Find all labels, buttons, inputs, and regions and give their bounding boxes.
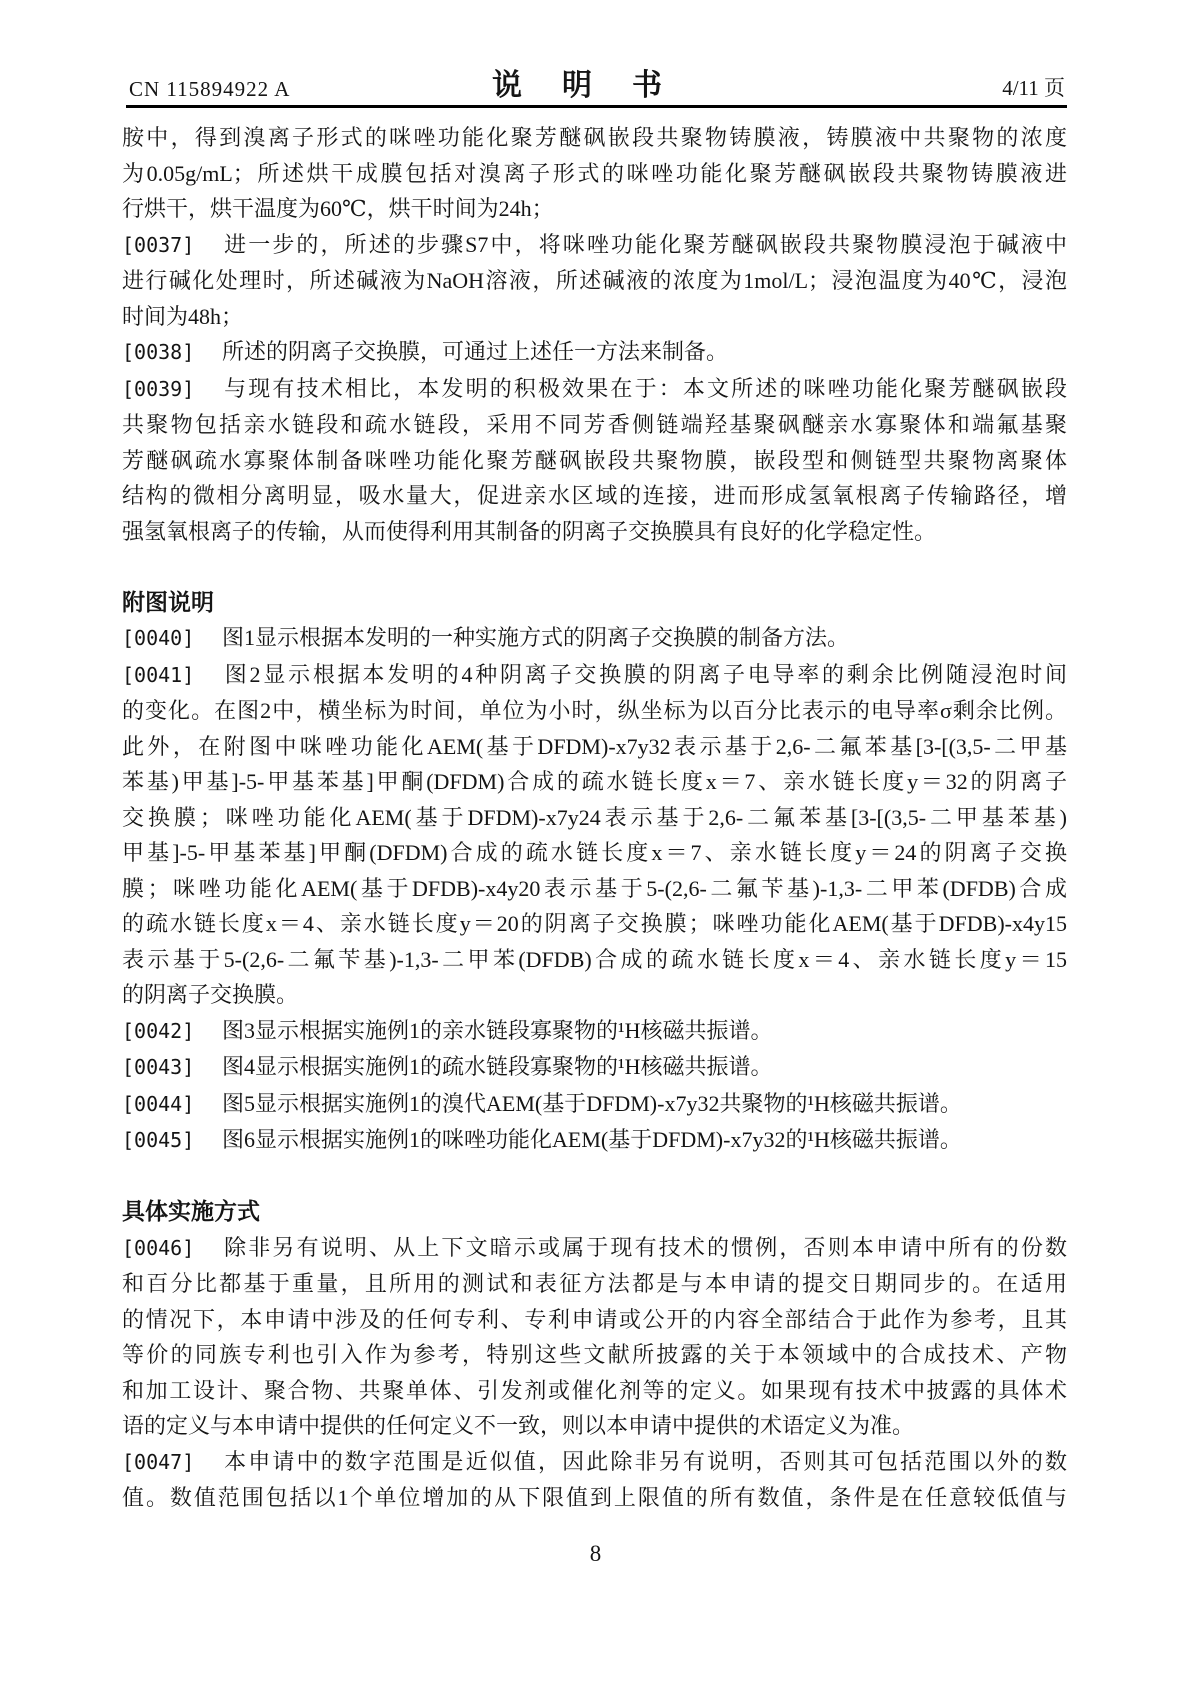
section-gap — [122, 549, 1067, 585]
page-header: CN 115894922 A 说明书 4/11 页 — [127, 66, 1067, 104]
paragraph-label: [0040] — [122, 621, 222, 657]
text-line: [0047]本申请中的数字范围是近似值，因此除非另有说明，否则其可包括范围以外的… — [122, 1444, 1067, 1481]
text-run: 本申请中的数字范围是近似值，因此除非另有说明，否则其可包括范围以外的数 — [222, 1449, 1067, 1474]
text-line: 进行碱化处理时，所述碱液为NaOH溶液，所述碱液的浓度为1mol/L；浸泡温度为… — [122, 263, 1067, 299]
text-line: [0046]除非另有说明、从上下文暗示或属于现有技术的惯例，否则本申请中所有的份… — [122, 1230, 1067, 1267]
patent-spec-page: CN 115894922 A 说明书 4/11 页 胺中，得到溴离子形式的咪唑功… — [0, 0, 1191, 1684]
paragraph-label: [0044] — [122, 1087, 222, 1123]
text-line: 此外，在附图中咪唑功能化AEM(基于DFDM)-x7y32表示基于2,6-二氟苯… — [122, 729, 1067, 765]
text-line: 结构的微相分离明显，吸水量大，促进亲水区域的连接，进而形成氢氧根离子传输路径，增 — [122, 478, 1067, 514]
spec-title: 说明书 — [492, 60, 702, 104]
paragraph-label: [0043] — [122, 1050, 222, 1086]
header-rule — [126, 105, 1067, 108]
paragraph-label: [0037] — [122, 228, 222, 264]
text-line: 的阴离子交换膜。 — [122, 977, 1067, 1013]
text-run: 图2显示根据本发明的4种阴离子交换膜的阴离子电导率的剩余比例随浸泡时间 — [222, 662, 1067, 687]
text-line: [0039]与现有技术相比，本发明的积极效果在于：本文所述的咪唑功能化聚芳醚砜嵌… — [122, 371, 1067, 408]
section-heading-embodiments: 具体实施方式 — [122, 1194, 1067, 1230]
paragraph-label: [0047] — [122, 1445, 222, 1481]
text-run: 图5显示根据实施例1的溴代AEM(基于DFDM)-x7y32共聚物的¹H核磁共振… — [222, 1091, 962, 1116]
paragraph-label: [0046] — [122, 1231, 222, 1267]
text-line: 和百分比都基于重量，且所用的测试和表征方法都是与本申请的提交日期同步的。在适用 — [122, 1266, 1067, 1302]
text-line: [0038]所述的阴离子交换膜，可通过上述任一方法来制备。 — [122, 334, 1067, 371]
paragraph-label: [0039] — [122, 372, 222, 408]
text-run: 图6显示根据实施例1的咪唑功能化AEM(基于DFDM)-x7y32的¹H核磁共振… — [222, 1127, 962, 1152]
paragraph-label: [0038] — [122, 335, 222, 371]
text-run: 与现有技术相比，本发明的积极效果在于：本文所述的咪唑功能化聚芳醚砜嵌段 — [222, 376, 1067, 401]
page-number: 8 — [0, 1541, 1191, 1567]
section-heading-figures: 附图说明 — [122, 585, 1067, 621]
text-line: [0045]图6显示根据实施例1的咪唑功能化AEM(基于DFDM)-x7y32的… — [122, 1122, 1067, 1159]
text-run: 进一步的，所述的步骤S7中，将咪唑功能化聚芳醚砜嵌段共聚物膜浸泡于碱液中 — [222, 232, 1067, 257]
text-run: 除非另有说明、从上下文暗示或属于现有技术的惯例，否则本申请中所有的份数 — [222, 1235, 1067, 1260]
text-line: 行烘干，烘干温度为60℃，烘干时间为24h； — [122, 191, 1067, 227]
text-line: [0042]图3显示根据实施例1的亲水链段寡聚物的¹H核磁共振谱。 — [122, 1013, 1067, 1050]
text-line: 的变化。在图2中，横坐标为时间，单位为小时，纵坐标为以百分比表示的电导率σ剩余比… — [122, 693, 1067, 729]
text-line: 交换膜；咪唑功能化AEM(基于DFDM)-x7y24表示基于2,6-二氟苯基[3… — [122, 800, 1067, 836]
section-gap — [122, 1159, 1067, 1195]
text-line: [0040]图1显示根据本发明的一种实施方式的阴离子交换膜的制备方法。 — [122, 620, 1067, 657]
text-line: 为0.05g/mL；所述烘干成膜包括对溴离子形式的咪唑功能化聚芳醚砜嵌段共聚物铸… — [122, 156, 1067, 192]
text-line: 苯基)甲基]-5-甲基苯基]甲酮(DFDM)合成的疏水链长度x＝7、亲水链长度y… — [122, 764, 1067, 800]
text-line: [0037]进一步的，所述的步骤S7中，将咪唑功能化聚芳醚砜嵌段共聚物膜浸泡于碱… — [122, 227, 1067, 264]
text-line: 值。数值范围包括以1个单位增加的从下限值到上限值的所有数值，条件是在任意较低值与 — [122, 1480, 1067, 1516]
text-line: 的疏水链长度x＝4、亲水链长度y＝20的阴离子交换膜；咪唑功能化AEM(基于DF… — [122, 906, 1067, 942]
text-line: [0041]图2显示根据本发明的4种阴离子交换膜的阴离子电导率的剩余比例随浸泡时… — [122, 657, 1067, 694]
text-line: 时间为48h； — [122, 299, 1067, 335]
paragraph-label: [0041] — [122, 658, 222, 694]
text-run: 图1显示根据本发明的一种实施方式的阴离子交换膜的制备方法。 — [222, 625, 849, 650]
text-line: [0043]图4显示根据实施例1的疏水链段寡聚物的¹H核磁共振谱。 — [122, 1049, 1067, 1086]
text-line: [0044]图5显示根据实施例1的溴代AEM(基于DFDM)-x7y32共聚物的… — [122, 1086, 1067, 1123]
text-line: 和加工设计、聚合物、共聚单体、引发剂或催化剂等的定义。如果现有技术中披露的具体术 — [122, 1373, 1067, 1409]
document-number: CN 115894922 A — [129, 77, 290, 102]
text-run: 图3显示根据实施例1的亲水链段寡聚物的¹H核磁共振谱。 — [222, 1018, 773, 1043]
text-line: 甲基]-5-甲基苯基]甲酮(DFDM)合成的疏水链长度x＝7、亲水链长度y＝24… — [122, 835, 1067, 871]
text-line: 的情况下，本申请中涉及的任何专利、专利申请或公开的内容全部结合于此作为参考，且其 — [122, 1302, 1067, 1338]
text-line: 等价的同族专利也引入作为参考，特别这些文献所披露的关于本领域中的合成技术、产物 — [122, 1337, 1067, 1373]
text-line: 芳醚砜疏水寡聚体制备咪唑功能化聚芳醚砜嵌段共聚物膜，嵌段型和侧链型共聚物离聚体 — [122, 443, 1067, 479]
body-text: 胺中，得到溴离子形式的咪唑功能化聚芳醚砜嵌段共聚物铸膜液，铸膜液中共聚物的浓度 … — [122, 120, 1067, 1516]
text-line: 强氢氧根离子的传输，从而使得利用其制备的阴离子交换膜具有良好的化学稳定性。 — [122, 514, 1067, 550]
paragraph-label: [0045] — [122, 1123, 222, 1159]
text-run: 图4显示根据实施例1的疏水链段寡聚物的¹H核磁共振谱。 — [222, 1054, 773, 1079]
text-line: 膜；咪唑功能化AEM(基于DFDB)-x4y20表示基于5-(2,6-二氟苄基)… — [122, 871, 1067, 907]
text-line: 语的定义与本申请中提供的任何定义不一致，则以本申请中提供的术语定义为准。 — [122, 1408, 1067, 1444]
text-line: 表示基于5-(2,6-二氟苄基)-1,3-二甲苯(DFDB)合成的疏水链长度x＝… — [122, 942, 1067, 978]
paragraph-label: [0042] — [122, 1014, 222, 1050]
text-line: 胺中，得到溴离子形式的咪唑功能化聚芳醚砜嵌段共聚物铸膜液，铸膜液中共聚物的浓度 — [122, 120, 1067, 156]
page-indicator: 4/11 页 — [1002, 72, 1065, 102]
text-run: 所述的阴离子交换膜，可通过上述任一方法来制备。 — [222, 339, 728, 364]
text-line: 共聚物包括亲水链段和疏水链段，采用不同芳香侧链端羟基聚砜醚亲水寡聚体和端氟基聚 — [122, 407, 1067, 443]
